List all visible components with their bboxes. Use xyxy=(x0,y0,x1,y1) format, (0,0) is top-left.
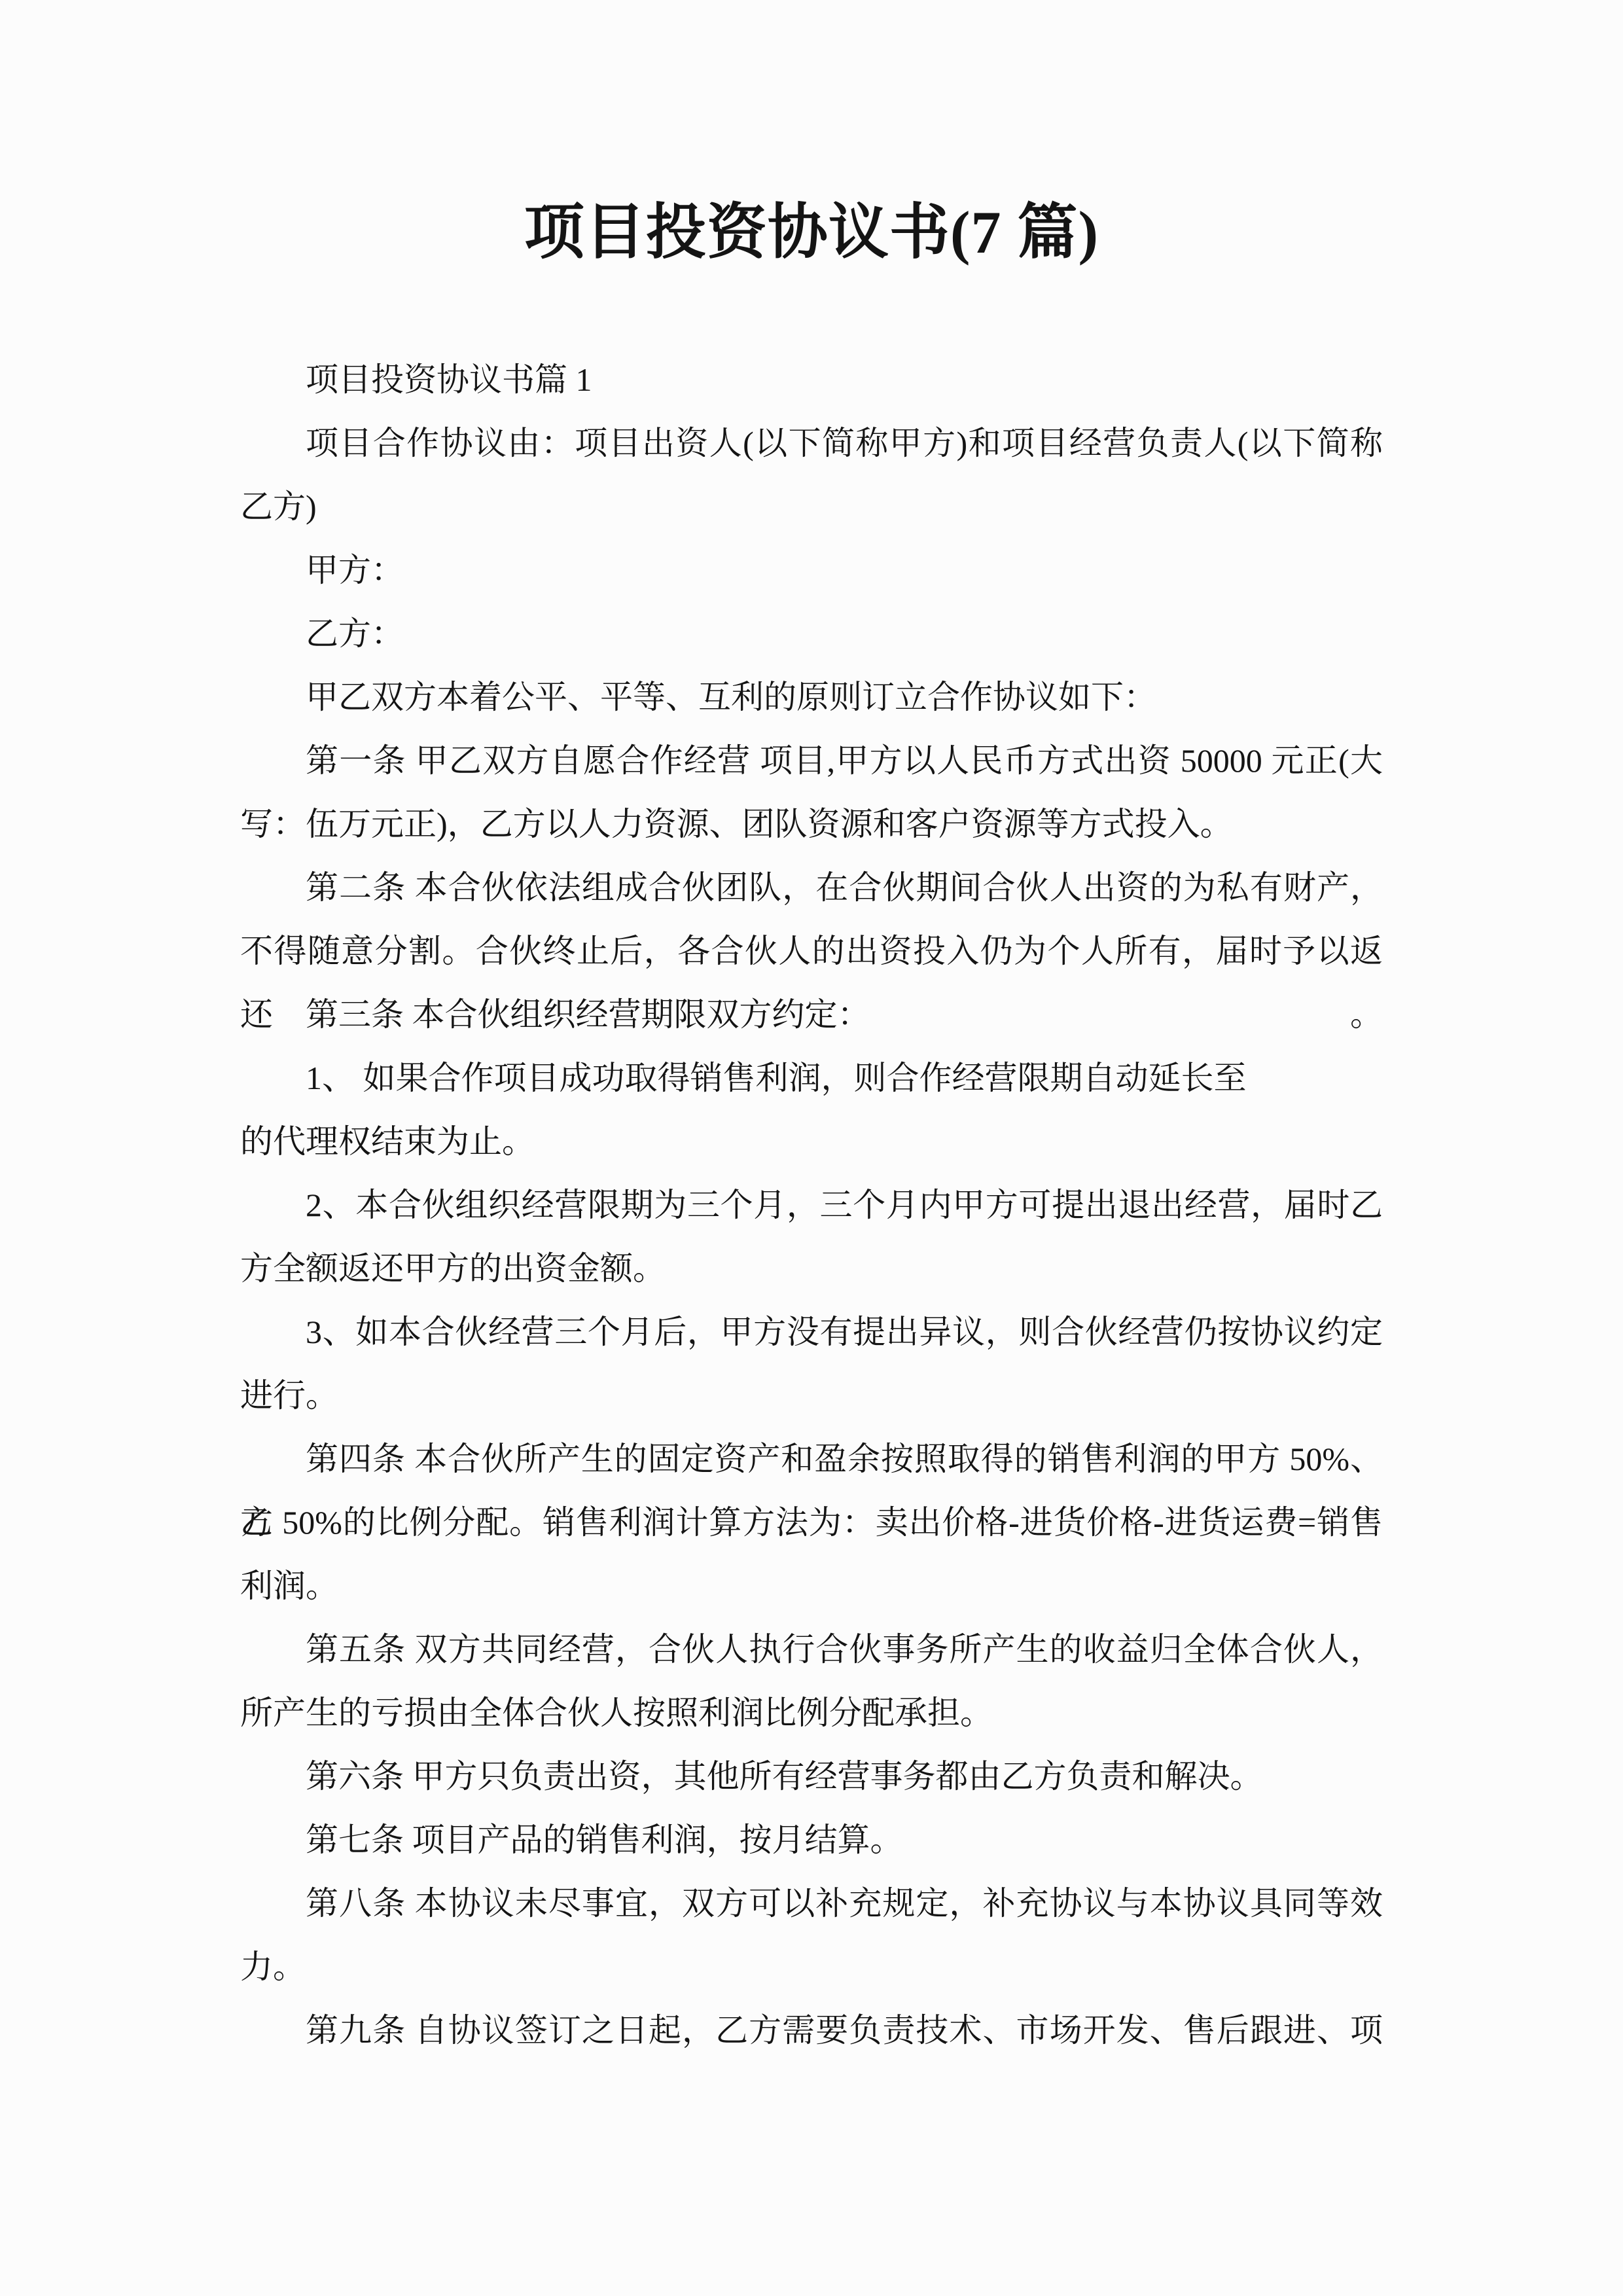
text-line: 第七条 项目产品的销售利润，按月结算。 xyxy=(240,1808,1383,1872)
text-line: 乙方： xyxy=(240,602,1383,666)
document-page: 项目投资协议书(7 篇) 项目投资协议书篇 1 项目合作协议由：项目出资人(以下… xyxy=(0,0,1623,2296)
text-line: 第一条 甲乙双方自愿合作经营 项目,甲方以人民币方式出资 50000 元正(大 xyxy=(240,729,1383,793)
text-line: 第九条 自协议签订之日起，乙方需要负责技术、市场开发、售后跟进、项 xyxy=(240,1999,1383,2062)
text-line: 项目合作协议由：项目出资人(以下简称甲方)和项目经营负责人(以下简称 xyxy=(240,412,1383,475)
text-line: 1、 如果合作项目成功取得销售利润，则合作经营限期自动延长至 xyxy=(240,1047,1383,1110)
text-line: 的代理权结束为止。 xyxy=(240,1110,1383,1174)
document-body: 项目投资协议书篇 1 项目合作协议由：项目出资人(以下简称甲方)和项目经营负责人… xyxy=(240,348,1383,2062)
text-line: 力。 xyxy=(240,1935,1383,1999)
text-line: 甲乙双方本着公平、平等、互利的原则订立合作协议如下： xyxy=(240,666,1383,729)
text-line: 不得随意分割。合伙终止后，各合伙人的出资投入仍为个人所有，届时予以返还。 xyxy=(240,920,1383,983)
text-line: 项目投资协议书篇 1 xyxy=(240,348,1383,412)
text-line: 方 50%的比例分配。销售利润计算方法为：卖出价格-进货价格-进货运费=销售 xyxy=(240,1491,1383,1554)
text-line: 进行。 xyxy=(240,1364,1383,1427)
text-line: 3、如本合伙经营三个月后，甲方没有提出异议，则合伙经营仍按协议约定 xyxy=(240,1300,1383,1364)
text-line: 方全额返还甲方的出资金额。 xyxy=(240,1237,1383,1300)
text-line: 第五条 双方共同经营，合伙人执行合伙事务所产生的收益归全体合伙人， xyxy=(240,1618,1383,1681)
text-line: 第八条 本协议未尽事宜，双方可以补充规定，补充协议与本协议具同等效 xyxy=(240,1872,1383,1935)
text-line: 第六条 甲方只负责出资，其他所有经营事务都由乙方负责和解决。 xyxy=(240,1745,1383,1808)
text-line: 所产生的亏损由全体合伙人按照利润比例分配承担。 xyxy=(240,1681,1383,1745)
document-title: 项目投资协议书(7 篇) xyxy=(0,196,1623,268)
text-line: 写：伍万元正)，乙方以人力资源、团队资源和客户资源等方式投入。 xyxy=(240,793,1383,856)
text-line: 利润。 xyxy=(240,1554,1383,1618)
text-line: 第二条 本合伙依法组成合伙团队，在合伙期间合伙人出资的为私有财产， xyxy=(240,856,1383,920)
text-line: 2、本合伙组织经营限期为三个月，三个月内甲方可提出退出经营，届时乙 xyxy=(240,1174,1383,1237)
text-line: 乙方) xyxy=(240,475,1383,539)
text-line: 第四条 本合伙所产生的固定资产和盈余按照取得的销售利润的甲方 50%、乙 xyxy=(240,1427,1383,1491)
text-line: 甲方： xyxy=(240,539,1383,602)
